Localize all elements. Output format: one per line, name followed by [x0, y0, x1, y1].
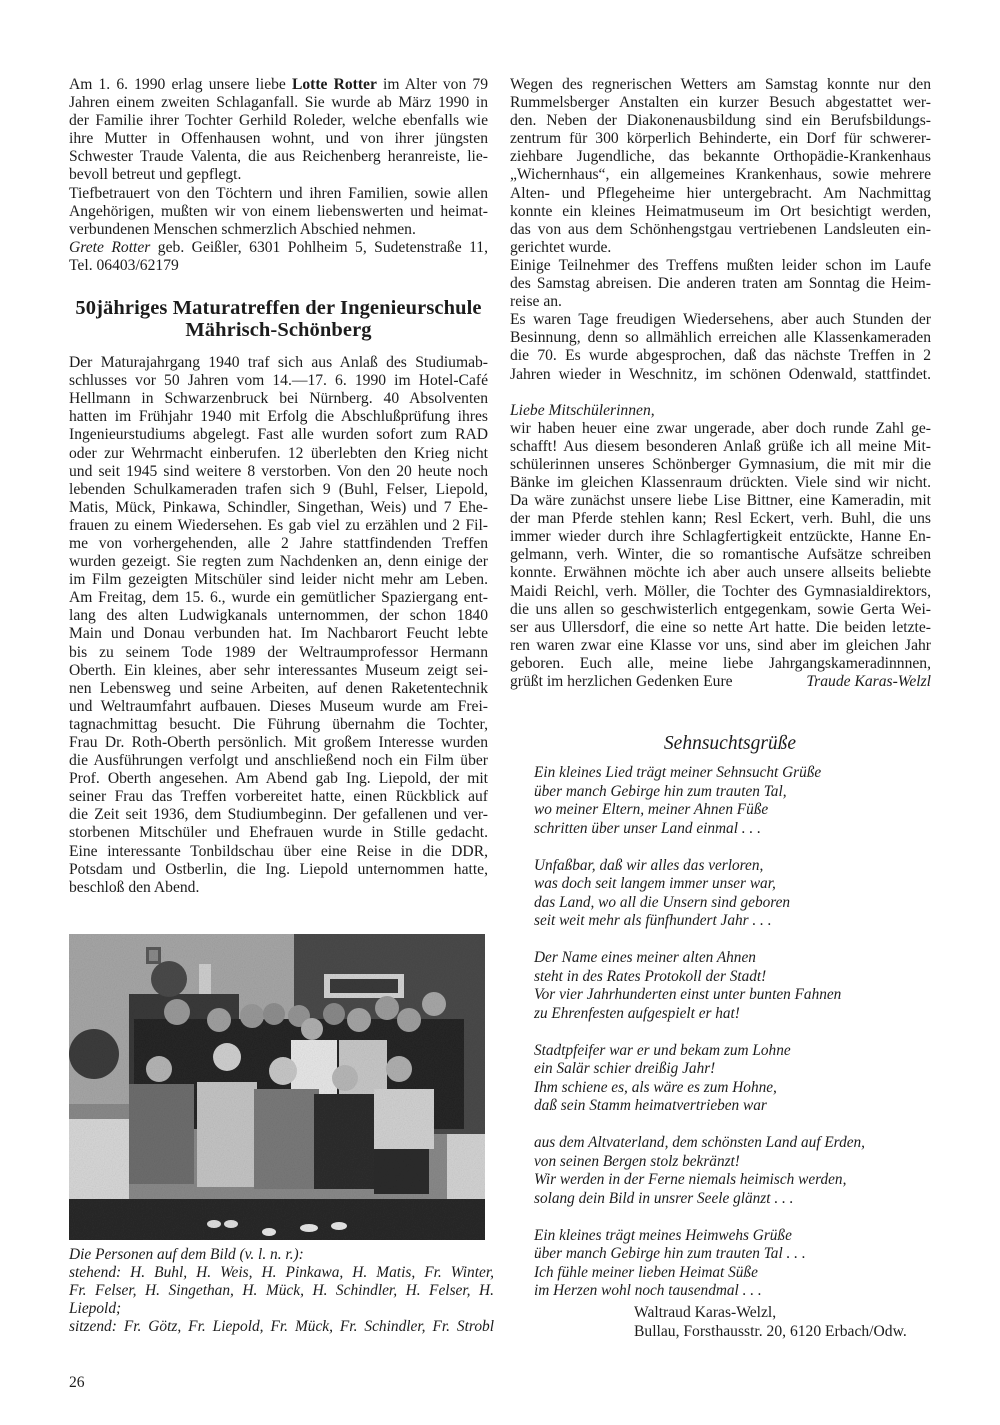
text-line: schlusses vor 50 Jahren vom 14.—17. 6. 1… [69, 372, 488, 390]
poem-line: Wir werden in der Ferne niemals heimisch… [534, 1171, 934, 1190]
text-line: Besinnung, denn so allmählich erreichen … [510, 329, 931, 347]
poem-line: Stadtpfeifer war er und bekam zum Lohne [534, 1042, 934, 1061]
signature-address: geb. Geißler, 6301 Pohlheim 5, Sudetenst… [150, 239, 488, 256]
text-line: frauen zu einem Wiedersehen. Es gab viel… [69, 517, 488, 535]
text-line: das von aus dem Schönhengstgau vertriebe… [510, 221, 931, 239]
poem-stanza: Ein kleines Lied trägt meiner Sehnsucht … [534, 764, 934, 838]
spacer [510, 384, 931, 402]
letter: Liebe Mitschülerinnen, wir haben heuer e… [510, 402, 931, 692]
text-line: Einige Teilnehmer des Treffens mußten le… [510, 257, 931, 275]
signature-name: Grete Rotter [69, 239, 150, 256]
poem-line: das Land, wo all die Unsern sind geboren [534, 894, 934, 913]
letter-signature: Traude Karas-Welzl [806, 673, 931, 691]
text-line: im Film gezeigten Mitschüler sind leider… [69, 571, 488, 589]
poem-line: im Herzen wohl noch tausendmal . . . [534, 1282, 934, 1301]
text-line: den. Neben der Diakonenausbildung sind e… [510, 112, 931, 130]
group-photo-illustration [69, 934, 485, 1240]
poem-line: Ein kleines trägt meines Heimwehs Grüße [534, 1227, 934, 1246]
poem-signature: Waltraud Karas-Welzl, Bullau, Forsthauss… [634, 1304, 907, 1341]
text-line: Angehörigen, mußten wir von einem lieben… [69, 203, 488, 221]
text-line: und seit 1945 sind weitere 8 verstorben.… [69, 463, 488, 481]
article-body-left: Der Maturajahrgang 1940 traf sich aus An… [69, 354, 488, 897]
text-line: die 70. Es wurde abgesprochen, daß das n… [510, 347, 931, 365]
text-line: die Zeit seit 1936, dem Studiumbeginn. D… [69, 806, 488, 824]
obituary-paragraph: Am 1. 6. 1990 erlag unsere liebe Lotte R… [69, 76, 488, 275]
text-line: Wegen des regnerischen Wetters am Samsta… [510, 76, 931, 94]
text-line: seiner Frau das Treffen vorbereitet hatt… [69, 788, 488, 806]
text-line: Da wäre zunächst unsere liebe Lise Bittn… [510, 492, 931, 510]
poem-stanza: Unfaßbar, daß wir alles das verloren, wa… [534, 857, 934, 931]
text-line: lebenden Schulkameraden trafen sich 9 (B… [69, 481, 488, 499]
poem: Ein kleines Lied trägt meiner Sehnsucht … [534, 764, 934, 1301]
text-line: Alten- und Pflegeheime hier untergebrach… [510, 185, 931, 203]
article-title-line: Mährisch-Schönberg [69, 319, 488, 341]
poem-line: über manch Gebirge hin zum trauten Tal, [534, 783, 934, 802]
poem-line: Ein kleines Lied trägt meiner Sehnsucht … [534, 764, 934, 783]
text-line: Am 1. 6. 1990 erlag unsere liebe Lotte R… [69, 76, 488, 94]
text-line: die Ausführungen verfolgt und anschließe… [69, 752, 488, 770]
left-column: Am 1. 6. 1990 erlag unsere liebe Lotte R… [69, 76, 488, 897]
letter-salutation: Liebe Mitschülerinnen, [510, 402, 931, 420]
photo-caption: Die Personen auf dem Bild (v. l. n. r.):… [69, 1246, 494, 1336]
text-line: nen Lebensweg und seine Arbeiten, auf de… [69, 680, 488, 698]
caption-standing-line: stehend: H. Buhl, H. Weis, H. Pinkawa, H… [69, 1264, 494, 1282]
text-line: „Wichernhaus“, ein allgemeines Krankenha… [510, 166, 931, 184]
poem-line: von seinen Bergen stolz bekränzt! [534, 1153, 934, 1172]
text-line: oder zur Wehrmacht einberufen. 12 überle… [69, 445, 488, 463]
text-line: storbenen Mitschüler und Ehefrauen wurde… [69, 824, 488, 842]
caption-intro: Die Personen auf dem Bild (v. l. n. r.): [69, 1246, 494, 1264]
group-photo [69, 934, 485, 1240]
text-line: schülerinnen unseres Schönberger Gymnasi… [510, 456, 931, 474]
letter-closing: grüßt im herzlichen Gedenken Eure [510, 673, 733, 691]
text-line: konnte ein kleines Heimatmuseum im Ort b… [510, 203, 931, 221]
obituary-signature: Grete Rotter geb. Geißler, 6301 Pohlheim… [69, 239, 488, 257]
poem-line: was doch seit langem immer unser war, [534, 875, 934, 894]
text-line: des Samstag abreisen. Die anderen traten… [510, 275, 931, 293]
text-line: ihre Mutter in Offenhausen wohnt, und vo… [69, 130, 488, 148]
poem-stanza: Ein kleines trägt meines Heimwehs Grüße … [534, 1227, 934, 1301]
poem-line: Ich fühle meiner lieben Heimat Süße [534, 1264, 934, 1283]
poem-stanza: aus dem Altvaterland, dem schönsten Land… [534, 1134, 934, 1208]
letter-closing-row: grüßt im herzlichen Gedenken Eure Traude… [510, 673, 931, 691]
poem-line: daß sein Stamm heimatvertrieben war [534, 1097, 934, 1116]
text-span: Am 1. 6. 1990 erlag unsere liebe [69, 76, 292, 93]
text-line: ziehbare Jugendliche, das bekannte Ortho… [510, 148, 931, 166]
text-line: Oberth. Ein kleines, aber sehr interessa… [69, 662, 488, 680]
text-line: zentrum für 300 körperlich Behinderte, e… [510, 130, 931, 148]
poem-line: Unfaßbar, daß wir alles das verloren, [534, 857, 934, 876]
text-line: Es waren Tage freudigen Wiedersehens, ab… [510, 311, 931, 329]
article-body-right-para2: Einige Teilnehmer des Treffens mußten le… [510, 257, 931, 311]
text-line: lang des alten Ludwigkanals unternommen,… [69, 607, 488, 625]
right-column: Wegen des regnerischen Wetters am Samsta… [510, 76, 931, 691]
text-line: Jahren einem zweiten Schlaganfall. Sie w… [69, 94, 488, 112]
poem-line: ein Salär schier dreißig Jahr! [534, 1060, 934, 1079]
article-body-right-para3: Es waren Tage freudigen Wiedersehens, ab… [510, 311, 931, 383]
text-line: und Weltraumfahrt aufbauen. Dieses Museu… [69, 698, 488, 716]
text-line: Potsdam und Ostberlin, die Ing. Liepold … [69, 861, 488, 879]
poem-line: aus dem Altvaterland, dem schönsten Land… [534, 1134, 934, 1153]
text-line: Frau Dr. Roth-Oberth persönlich. Mit gro… [69, 734, 488, 752]
text-line: Maidi Reichl, verh. Möller, die Tochter … [510, 583, 931, 601]
text-line: wir haben heuer eine zwar ungerade, aber… [510, 420, 931, 438]
text-line: ser aus Ullersdorf, die eine so nette Ar… [510, 619, 931, 637]
text-line: schafft! Aus diesem besonderen Anlaß grü… [510, 438, 931, 456]
article-title-line: 50jähriges Maturatreffen der Ingenieursc… [69, 297, 488, 319]
caption-seated-line: sitzend: Fr. Götz, Fr. Liepold, Fr. Mück… [69, 1318, 494, 1336]
text-line: Tiefbetrauert von den Töchtern und ihren… [69, 185, 488, 203]
signature-phone: Tel. 06403/62179 [69, 257, 488, 275]
text-line: geboren. Euch alle, meine liebe Jahrgang… [510, 655, 931, 673]
text-line: Schwester Traude Valenta, die aus Reiche… [69, 148, 488, 166]
text-line: immer wieder durch ihre Schlagfertigkeit… [510, 528, 931, 546]
poem-line: Der Name eines meiner alten Ahnen [534, 949, 934, 968]
poem-stanza: Stadtpfeifer war er und bekam zum Lohne … [534, 1042, 934, 1116]
text-line: Der Maturajahrgang 1940 traf sich aus An… [69, 354, 488, 372]
text-line: bis zu seinem Tode 1989 der Weltraumprof… [69, 644, 488, 662]
text-line: verbundenen Menschen schmerzlich Abschie… [69, 221, 488, 239]
text-line: Ingenieurstudiums abgelegt. Fast alle wu… [69, 426, 488, 444]
text-span: im Alter von 79 [377, 76, 488, 93]
text-line: tagnachmittag besucht. Die Führung übern… [69, 716, 488, 734]
article-body-right-para1: Wegen des regnerischen Wetters am Samsta… [510, 76, 931, 257]
article-title: 50jähriges Maturatreffen der Ingenieursc… [69, 297, 488, 341]
text-line: beschloß den Abend. [69, 879, 488, 897]
poem-line: schritten über unser Land einmal . . . [534, 820, 934, 839]
text-line: hatten im Frühjahr 1940 mit Erfolg die A… [69, 408, 488, 426]
caption-standing-line: Liepold; [69, 1300, 494, 1318]
text-line: gerichtet wurde. [510, 239, 931, 257]
text-line: Matis, Mück, Pinkawa, Schindler, Singeth… [69, 499, 488, 517]
text-line: wurden gezeigt. Sie regten zum Nachdenke… [69, 553, 488, 571]
text-line: der man Pferde stehlen kann; Resl Eckert… [510, 510, 931, 528]
text-line: Am Freitag, dem 15. 6., wurde ein gemütl… [69, 589, 488, 607]
text-line: Prof. Oberth angesehen. Am Abend gab Ing… [69, 770, 488, 788]
poem-line: über manch Gebirge hin zum trauten Tal .… [534, 1245, 934, 1264]
text-line: Main und Donau verbunden hat. Im Nachbar… [69, 625, 488, 643]
page-number: 26 [69, 1374, 85, 1392]
text-line: Hellmann in Schwarzenbruck bei Nürnberg.… [69, 390, 488, 408]
poem-title: Sehnsuchtsgrüße [510, 733, 950, 755]
deceased-name: Lotte Rotter [292, 76, 377, 93]
text-line: konnte. Erwähnen möchte ich aber auch un… [510, 564, 931, 582]
text-line: Bänke im gleichen Klassenraum drückten. … [510, 474, 931, 492]
caption-standing-line: Fr. Felser, H. Singethan, H. Mück, H. Sc… [69, 1282, 494, 1300]
poem-author: Waltraud Karas-Welzl, [634, 1304, 907, 1323]
text-line: bevoll betreut und gepflegt. [69, 166, 488, 184]
poem-line: Ihm schiene es, als wäre es zum Hohne, [534, 1079, 934, 1098]
text-line: der Familie ihrer Tochter Gerhild Rolede… [69, 112, 488, 130]
poem-line: steht in des Rates Protokoll der Stadt! [534, 968, 934, 987]
text-line: Eine interessante Tonbildschau über eine… [69, 843, 488, 861]
poem-line: Vor vier Jahrhunderten einst unter bunte… [534, 986, 934, 1005]
poem-line: seit weit mehr als fünfhundert Jahr . . … [534, 912, 934, 931]
text-line: gelmann, verh. Winter, die so romantisch… [510, 546, 931, 564]
poem-line: wo meiner Eltern, meiner Ahnen Füße [534, 801, 934, 820]
text-line: Rummelsberger Anstalten ein kurzer Besuc… [510, 94, 931, 112]
text-line: reise an. [510, 293, 931, 311]
poem-line: zu Ehrenfesten aufgespielt er hat! [534, 1005, 934, 1024]
text-line: Jahren wieder in Weschnitz, im schönen O… [510, 366, 931, 384]
text-line: ren waren zwar eine Klasse vor uns, sind… [510, 637, 931, 655]
poem-author-address: Bullau, Forsthausstr. 20, 6120 Erbach/Od… [634, 1323, 907, 1342]
text-line: die uns allen so geschwisterlich entgege… [510, 601, 931, 619]
text-line: me von vorhergehenden, alle 2 Jahre stat… [69, 535, 488, 553]
poem-stanza: Der Name eines meiner alten Ahnen steht … [534, 949, 934, 1023]
poem-line: solang dein Bild in unsrer Seele glänzt … [534, 1190, 934, 1209]
